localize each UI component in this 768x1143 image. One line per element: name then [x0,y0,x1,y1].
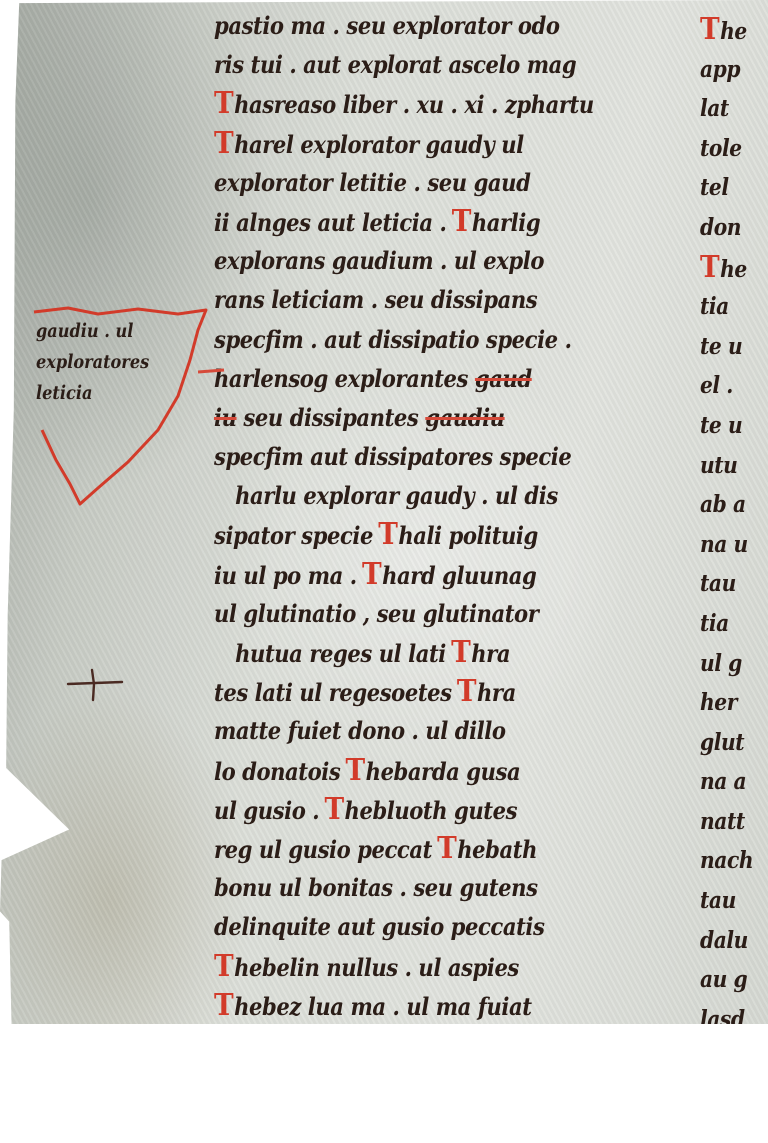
manuscript-line: lat [700,89,768,129]
line-text: bonu ul bonitas . seu gutens [214,873,538,902]
line-text: lasd [700,1006,745,1024]
manuscript-line: explorans gaudium . ul explo [214,241,619,280]
manuscript-line: specfim aut dissipatores specie [214,437,619,476]
line-text: hard gluunag [382,561,536,590]
manuscript-line: na u [700,525,768,565]
line-text: ul g [700,650,742,677]
right-text-column: TheapplattoleteldonThetiate uel .te uutu… [700,10,768,1024]
line-text: harel explorator gaudy ul [234,130,524,159]
line-text: pastio ma . seu explorator odo [214,11,559,40]
manuscript-line: tia [700,287,768,327]
manuscript-line: The [700,10,768,50]
manuscript-line: iu seu dissipantes gaudiu [214,398,619,437]
manuscript-line: tau [700,881,768,921]
manuscript-line: el . [700,366,768,406]
line-text: harlensog explorantes [214,364,468,393]
manuscript-line: harlu explorar gaudy . ul dis [214,476,619,515]
manuscript-line: au g [700,960,768,1000]
rubric-initial: T [452,202,471,241]
manuscript-line: don [700,208,768,248]
line-text: harlu explorar gaudy . ul dis [235,481,558,510]
marginal-note-text: gaudiu . ul exploratores leticia [36,316,149,409]
line-text: te u [700,333,742,360]
rubric-initial: T [346,751,365,790]
line-text: delinquite aut gusio peccatis [214,912,544,941]
red-guide-stroke [196,362,226,382]
line-text: hali polituig [398,521,538,550]
manuscript-line: explorator letitie . seu gaud [214,163,619,202]
manuscript-line: specfim . aut dissipatio specie . [214,320,619,359]
struck-text: gaudiu [425,403,504,432]
line-text: explorator letitie . seu gaud [214,168,530,197]
manuscript-line: ris tui . aut explorat ascelo mag [214,45,619,84]
marginal-line: exploratores [36,347,149,378]
line-text: tes lati ul regesoetes [214,678,452,707]
line-text: tia [700,293,729,320]
line-text: ab a [700,491,746,518]
line-text: tau [700,570,736,597]
line-text: her [700,689,737,716]
line-text: natt [700,808,745,835]
line-text: matte fuiet dono . ul dillo [214,716,505,745]
manuscript-line: iu ul po ma .Thard gluunag [214,555,619,594]
line-text: rans leticiam . seu dissipans [214,285,537,314]
line-text: na a [700,768,746,795]
line-text: nach [700,847,753,874]
manuscript-line: pastio ma . seu explorator odo [214,6,619,45]
manuscript-line: ab a [700,485,768,525]
rubric-initial: T [214,986,233,1024]
manuscript-line: utu [700,446,768,486]
line-text: he [720,18,747,45]
line-text: tau [700,887,736,914]
marginal-line: leticia [36,378,149,409]
manuscript-line: Thasreaso liber . xu . xi . zphartu [214,84,619,123]
manuscript-line: natt [700,802,768,842]
line-text: te u [700,412,742,439]
line-text: hebez lua ma . ul ma fuiat [234,992,531,1021]
line-text: hebath [457,835,537,864]
line-text: specfim . aut dissipatio specie . [214,325,571,354]
rubric-initial: T [700,10,719,50]
manuscript-line: ul gusio .Thebluoth gutes [214,790,619,829]
line-text: hasreaso liber . xu . xi . zphartu [234,90,594,119]
manuscript-line: her [700,683,768,723]
main-text-column: pastio ma . seu explorator odoris tui . … [214,6,674,1024]
line-text: ul glutinatio , seu glutinator [214,599,538,628]
manuscript-line: The [700,248,768,288]
manuscript-line: te u [700,327,768,367]
line-text: app [700,56,740,83]
rubric-initial: T [214,84,233,123]
line-text: hebluoth gutes [345,796,518,825]
line-text: he [720,256,747,283]
manuscript-line: ii alnges aut leticia .Tharlig [214,202,619,241]
line-text: lo donatois [214,757,340,786]
line-text: utu [700,452,737,479]
rubric-initial: T [378,515,397,554]
line-text: ris tui . aut explorat ascelo mag [214,50,576,79]
manuscript-line: tes lati ul regesoetesThra [214,672,619,711]
rubric-initial: T [451,633,470,672]
manuscript-line: tole [700,129,768,169]
manuscript-line: ul glutinatio , seu glutinator [214,594,619,633]
line-text: el . [700,372,733,399]
manuscript-line: app [700,50,768,90]
manuscript-line: Thebelin nullus . ul aspies [214,947,619,986]
manuscript-line: lo donatoisThebarda gusa [214,751,619,790]
rubric-initial: T [214,947,233,986]
manuscript-line: matte fuiet dono . ul dillo [214,711,619,750]
rubric-initial: T [362,555,381,594]
line-text: reg ul gusio peccat [214,835,432,864]
manuscript-line: tel [700,168,768,208]
line-text: specfim aut dissipatores specie [214,442,571,471]
line-text: na u [700,531,748,558]
manuscript-line: glut [700,723,768,763]
manuscript-line: bonu ul bonitas . seu gutens [214,868,619,907]
rubric-initial: T [214,124,233,163]
line-text: tole [700,135,742,162]
line-text: tel [700,174,729,201]
line-text: dalu [700,927,748,954]
manuscript-line: na a [700,762,768,802]
manuscript-line: tau [700,564,768,604]
line-text: don [700,214,741,241]
manuscript-line: delinquite aut gusio peccatis [214,907,619,946]
line-text: iu ul po ma . [214,561,357,590]
line-text: ul gusio . [214,796,319,825]
line-text: explorans gaudium . ul explo [214,246,544,275]
manuscript-line: te u [700,406,768,446]
manuscript-line: ul g [700,644,768,684]
manuscript-line: lasd [700,1000,768,1024]
line-text: glut [700,729,744,756]
line-text: hebarda gusa [366,757,521,786]
manuscript-line: rans leticiam . seu dissipans [214,280,619,319]
manuscript-line: Tharel explorator gaudy ul [214,124,619,163]
marginal-line: gaudiu . ul [36,316,149,347]
line-text: hebelin nullus . ul aspies [234,953,519,982]
rubric-initial: T [437,829,456,868]
line-text: harlig [472,208,540,237]
line-text: lat [700,95,729,122]
line-text: seu dissipantes [243,403,418,432]
line-text: ii alnges aut leticia . [214,208,446,237]
manuscript-line: hutua reges ul latiThra [214,633,619,672]
rubric-initial: T [324,790,343,829]
manuscript-line: reg ul gusio peccatThebath [214,829,619,868]
cross-mark-icon [66,666,126,706]
manuscript-line: Thebez lua ma . ul ma fuiat [214,986,619,1024]
line-text: tia [700,610,729,637]
line-text: hra [477,678,516,707]
struck-text: gaud [475,364,532,393]
line-text: sipator specie [214,521,373,550]
manuscript-line: harlensog explorantes gaud [214,359,619,398]
line-text: hra [471,639,510,668]
rubric-initial: T [457,672,476,711]
line-text: hutua reges ul lati [235,639,446,668]
marginal-note: gaudiu . ul exploratores leticia [28,300,208,510]
manuscript-line: tia [700,604,768,644]
manuscript-line: dalu [700,921,768,961]
manuscript-line: sipator specieThali polituig [214,515,619,554]
line-text: au g [700,966,747,993]
manuscript-line: nach [700,841,768,881]
rubric-initial: T [700,248,719,288]
parchment-leaf: pastio ma . seu explorator odoris tui . … [0,0,768,1024]
struck-text: iu [214,403,237,432]
